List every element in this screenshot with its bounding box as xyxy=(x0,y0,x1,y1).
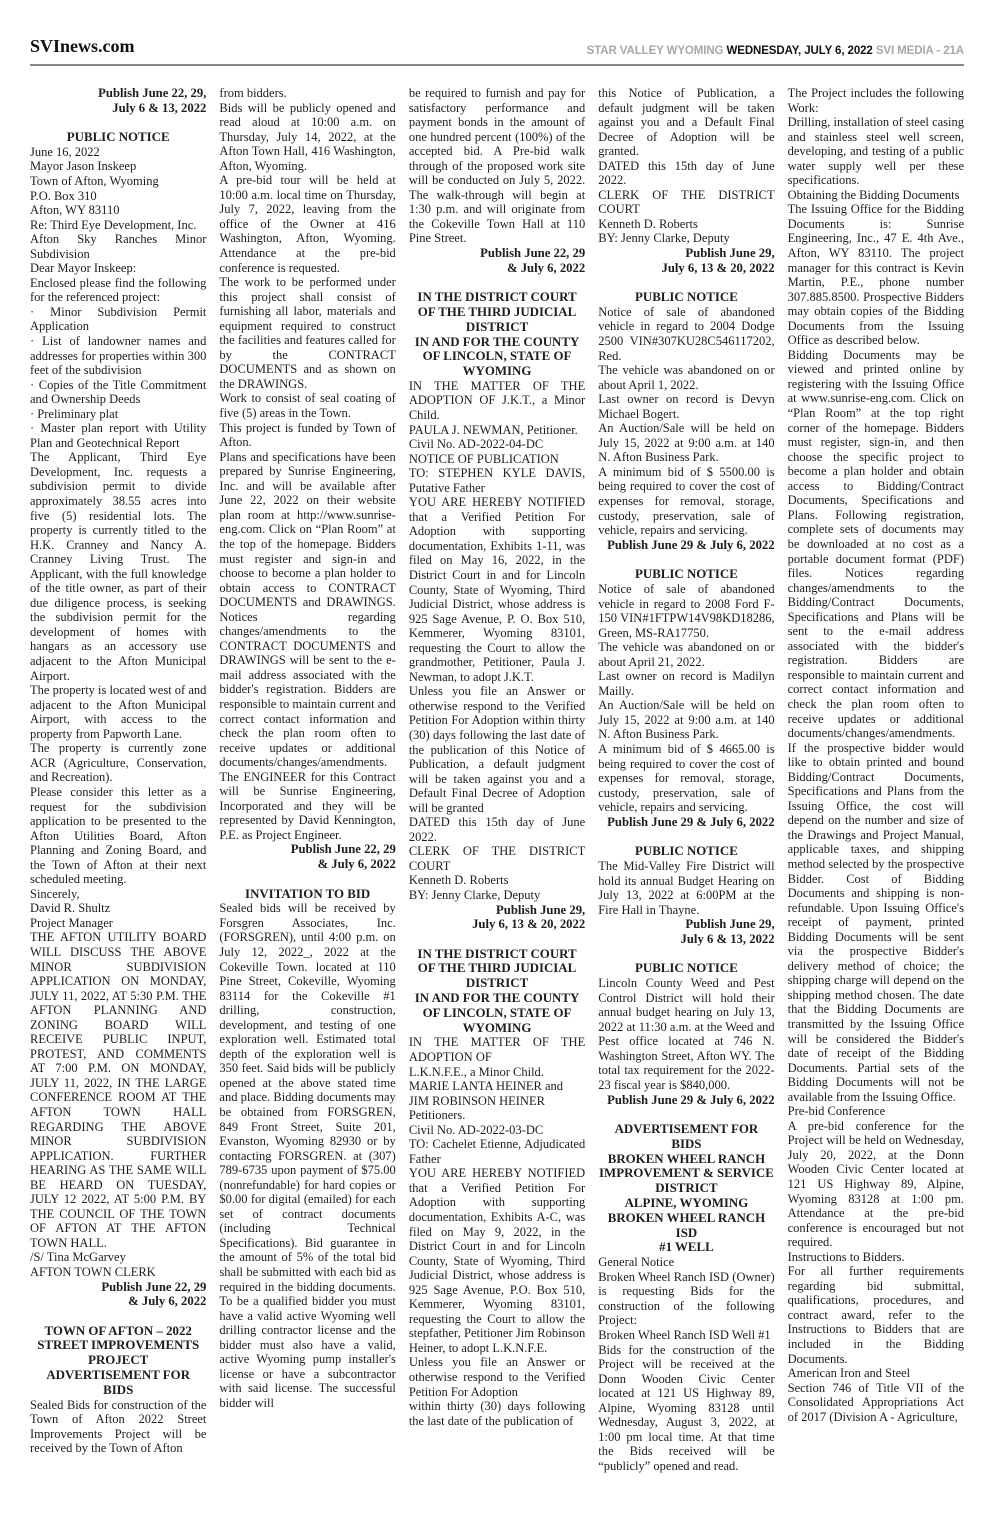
notice-paragraph: Last owner on record is Madilyn Mailly. xyxy=(598,669,774,698)
notice-paragraph: Dear Mayor Inskeep: xyxy=(30,261,206,276)
notice-heading: PUBLIC NOTICE xyxy=(598,290,774,305)
notice-paragraph: Lincoln County Weed and Pest Control Dis… xyxy=(598,976,774,1092)
notice-paragraph: An Auction/Sale will be held on July 15,… xyxy=(598,698,774,742)
notice-paragraph: American Iron and Steel xyxy=(788,1366,964,1381)
notice-paragraph: Section 746 of Title VII of the Consolid… xyxy=(788,1381,964,1425)
publish-dates: Publish June 29 & July 6, 2022 xyxy=(598,815,774,830)
notice-paragraph: YOU ARE HEREBY NOTIFIED that a Verified … xyxy=(409,495,585,684)
publish-dates: Publish June 29 & July 6, 2022 xyxy=(598,538,774,553)
masthead-info: STAR VALLEY WYOMING WEDNESDAY, JULY 6, 2… xyxy=(587,45,964,57)
notice-paragraph: David R. Shultz xyxy=(30,901,206,916)
publish-dates: Publish June 22, 29, July 6 & 13, 2022 xyxy=(30,86,206,115)
notice-paragraph: BY: Jenny Clarke, Deputy xyxy=(598,231,774,246)
notice-heading: IN THE DISTRICT COURT OF THE THIRD JUDIC… xyxy=(409,290,585,379)
notice-paragraph: be required to furnish and pay for satis… xyxy=(409,86,585,246)
notice-paragraph: L.K.N.F.E., a Minor Child. xyxy=(409,1065,585,1080)
publish-dates: Publish June 29, July 6, 13 & 20, 2022 xyxy=(409,903,585,932)
notice-paragraph: Mayor Jason Inskeep xyxy=(30,159,206,174)
notice-paragraph: The property is located west of and adja… xyxy=(30,683,206,741)
notice-paragraph: Work to consist of seal coating of five … xyxy=(219,391,395,420)
notice-paragraph: A minimum bid of $ 4665.00 is being requ… xyxy=(598,742,774,815)
publish-dates: Publish June 22, 29 & July 6, 2022 xyxy=(30,1280,206,1309)
masthead-date: WEDNESDAY, JULY 6, 2022 xyxy=(727,45,873,57)
notice-paragraph: Broken Wheel Ranch ISD (Owner) is reques… xyxy=(598,1270,774,1328)
notice-paragraph: DATED this 15th day of June 2022. xyxy=(598,159,774,188)
notice-paragraph: TO: Cachelet Etienne, Adjudicated Father xyxy=(409,1137,585,1166)
notice-paragraph: P.O. Box 310 xyxy=(30,189,206,204)
notice-paragraph: Notice of sale of abandoned vehicle in r… xyxy=(598,305,774,363)
masthead-edition: SVI MEDIA - 21A xyxy=(873,45,964,57)
notice-paragraph: The Applicant, Third Eye Development, In… xyxy=(30,450,206,683)
news-column-2: from bidders.Bids will be publicly opene… xyxy=(219,86,395,1473)
notice-paragraph: This project is funded by Town of Afton. xyxy=(219,421,395,450)
news-column-3: be required to furnish and pay for satis… xyxy=(409,86,585,1473)
notice-paragraph: Kenneth D. Roberts xyxy=(409,873,585,888)
notice-paragraph: · Minor Subdivision Permit Application xyxy=(30,305,206,334)
notice-heading: PUBLIC NOTICE xyxy=(598,567,774,582)
notice-paragraph: Notice of sale of abandoned vehicle in r… xyxy=(598,582,774,640)
news-column-5: The Project includes the following Work:… xyxy=(788,86,964,1473)
notice-paragraph: Sealed bids will be received by Forsgren… xyxy=(219,901,395,1410)
notice-paragraph: The vehicle was abandoned on or about Ap… xyxy=(598,640,774,669)
publish-dates: Publish June 29, July 6, 13 & 20, 2022 xyxy=(598,246,774,275)
notice-paragraph: A pre-bid conference for the Project wil… xyxy=(788,1119,964,1250)
notice-paragraph: The work to be performed under this proj… xyxy=(219,275,395,391)
notice-paragraph: DATED this 15th day of June 2022. xyxy=(409,815,585,844)
notice-paragraph: Town of Afton, Wyoming xyxy=(30,174,206,189)
notice-paragraph: Unless you file an Answer or otherwise r… xyxy=(409,684,585,815)
notice-paragraph: PAULA J. NEWMAN, Petitioner. xyxy=(409,423,585,438)
notice-paragraph: The property is currently zone ACR (Agri… xyxy=(30,741,206,785)
notice-paragraph: Plans and specifications have been prepa… xyxy=(219,450,395,843)
notice-paragraph: · Copies of the Title Commitment and Own… xyxy=(30,378,206,407)
notice-paragraph: Project Manager xyxy=(30,916,206,931)
news-column-1: Publish June 22, 29, July 6 & 13, 2022PU… xyxy=(30,86,206,1473)
notice-paragraph: YOU ARE HEREBY NOTIFIED that a Verified … xyxy=(409,1166,585,1355)
notice-paragraph: Last owner on record is Devyn Michael Bo… xyxy=(598,392,774,421)
notice-paragraph: CLERK OF THE DISTRICT COURT xyxy=(598,188,774,217)
notice-paragraph: A minimum bid of $ 5500.00 is being requ… xyxy=(598,465,774,538)
notice-paragraph: within thirty (30) days following the la… xyxy=(409,1399,585,1428)
publish-dates: Publish June 29 & July 6, 2022 xyxy=(598,1093,774,1108)
notice-paragraph: IN THE MATTER OF THE ADOPTION OF J.K.T.,… xyxy=(409,379,585,423)
notice-paragraph: NOTICE OF PUBLICATION xyxy=(409,452,585,467)
notice-paragraph: this Notice of Publication, a default ju… xyxy=(598,86,774,159)
notice-paragraph: Kenneth D. Roberts xyxy=(598,217,774,232)
notice-paragraph: Enclosed please find the following for t… xyxy=(30,276,206,305)
notice-paragraph: General Notice xyxy=(598,1255,774,1270)
notice-heading: ADVERTISEMENT FOR BIDS BROKEN WHEEL RANC… xyxy=(598,1122,774,1255)
notice-paragraph: JIM ROBINSON HEINER xyxy=(409,1094,585,1109)
notice-paragraph: Broken Wheel Ranch ISD Well #1 xyxy=(598,1328,774,1343)
notice-heading: PUBLIC NOTICE xyxy=(30,130,206,145)
notice-paragraph: Afton, WY 83110 xyxy=(30,203,206,218)
notice-paragraph: Re: Third Eye Development, Inc. xyxy=(30,218,206,233)
notice-paragraph: Civil No. AD-2022-03-DC xyxy=(409,1123,585,1138)
notice-paragraph: THE AFTON UTILITY BOARD WILL DISCUSS THE… xyxy=(30,930,206,1250)
notice-paragraph: A pre-bid tour will be held at 10:00 a.m… xyxy=(219,173,395,275)
notice-paragraph: · List of landowner names and addresses … xyxy=(30,334,206,378)
notice-paragraph: · Master plan report with Utility Plan a… xyxy=(30,421,206,450)
notice-paragraph: TO: STEPHEN KYLE DAVIS, Putative Father xyxy=(409,466,585,495)
news-column-4: this Notice of Publication, a default ju… xyxy=(598,86,774,1473)
notice-heading: PUBLIC NOTICE xyxy=(598,961,774,976)
notice-paragraph: · Preliminary plat xyxy=(30,407,206,422)
notice-paragraph: MARIE LANTA HEINER and xyxy=(409,1079,585,1094)
notice-paragraph: BY: Jenny Clarke, Deputy xyxy=(409,888,585,903)
notice-heading: IN THE DISTRICT COURT OF THE THIRD JUDIC… xyxy=(409,947,585,1036)
notice-paragraph: The Issuing Office for the Bidding Docum… xyxy=(788,202,964,347)
notice-paragraph: from bidders. xyxy=(219,86,395,101)
notice-paragraph: The Mid-Valley Fire District will hold i… xyxy=(598,859,774,917)
publish-dates: Publish June 22, 29 & July 6, 2022 xyxy=(409,246,585,275)
notice-paragraph: Sincerely, xyxy=(30,887,206,902)
notice-paragraph: Obtaining the Bidding Documents xyxy=(788,188,964,203)
notice-paragraph: Sealed Bids for construction of the Town… xyxy=(30,1398,206,1456)
notice-paragraph: Pre-bid Conference xyxy=(788,1104,964,1119)
notice-paragraph: For all further requirements regarding b… xyxy=(788,1264,964,1366)
notice-paragraph: Unless you file an Answer or otherwise r… xyxy=(409,1355,585,1399)
notice-paragraph: Bids for the construction of the Project… xyxy=(598,1343,774,1474)
masthead-location: STAR VALLEY WYOMING xyxy=(587,45,727,57)
notice-paragraph: June 16, 2022 xyxy=(30,145,206,160)
notice-paragraph: Bidding Documents may be viewed and prin… xyxy=(788,348,964,1104)
notice-heading: TOWN OF AFTON – 2022 STREET IMPROVEMENTS… xyxy=(30,1324,206,1398)
notice-paragraph: Instructions to Bidders. xyxy=(788,1250,964,1265)
notice-paragraph: Civil No. AD-2022-04-DC xyxy=(409,437,585,452)
notice-paragraph: The Project includes the following Work: xyxy=(788,86,964,115)
notice-paragraph: The vehicle was abandoned on or about Ap… xyxy=(598,363,774,392)
publish-dates: Publish June 29, July 6 & 13, 2022 xyxy=(598,917,774,946)
notice-paragraph: AFTON TOWN CLERK xyxy=(30,1265,206,1280)
notice-paragraph: Afton Sky Ranches Minor Subdivision xyxy=(30,232,206,261)
notice-heading: PUBLIC NOTICE xyxy=(598,844,774,859)
notice-paragraph: Please consider this letter as a request… xyxy=(30,785,206,887)
notice-paragraph: CLERK OF THE DISTRICT COURT xyxy=(409,844,585,873)
notice-heading: INVITATION TO BID xyxy=(219,887,395,902)
notice-paragraph: Drilling, installation of steel casing a… xyxy=(788,115,964,188)
notice-paragraph: IN THE MATTER OF THE ADOPTION OF xyxy=(409,1035,585,1064)
notice-paragraph: An Auction/Sale will be held on July 15,… xyxy=(598,421,774,465)
notice-paragraph: Bids will be publicly opened and read al… xyxy=(219,101,395,174)
notice-columns: Publish June 22, 29, July 6 & 13, 2022PU… xyxy=(0,66,994,1473)
masthead: SVInews.com STAR VALLEY WYOMING WEDNESDA… xyxy=(30,0,964,66)
notice-paragraph: Petitioners. xyxy=(409,1108,585,1123)
newspaper-brand: SVInews.com xyxy=(30,36,135,57)
publish-dates: Publish June 22, 29 & July 6, 2022 xyxy=(219,842,395,871)
notice-paragraph: /S/ Tina McGarvey xyxy=(30,1250,206,1265)
